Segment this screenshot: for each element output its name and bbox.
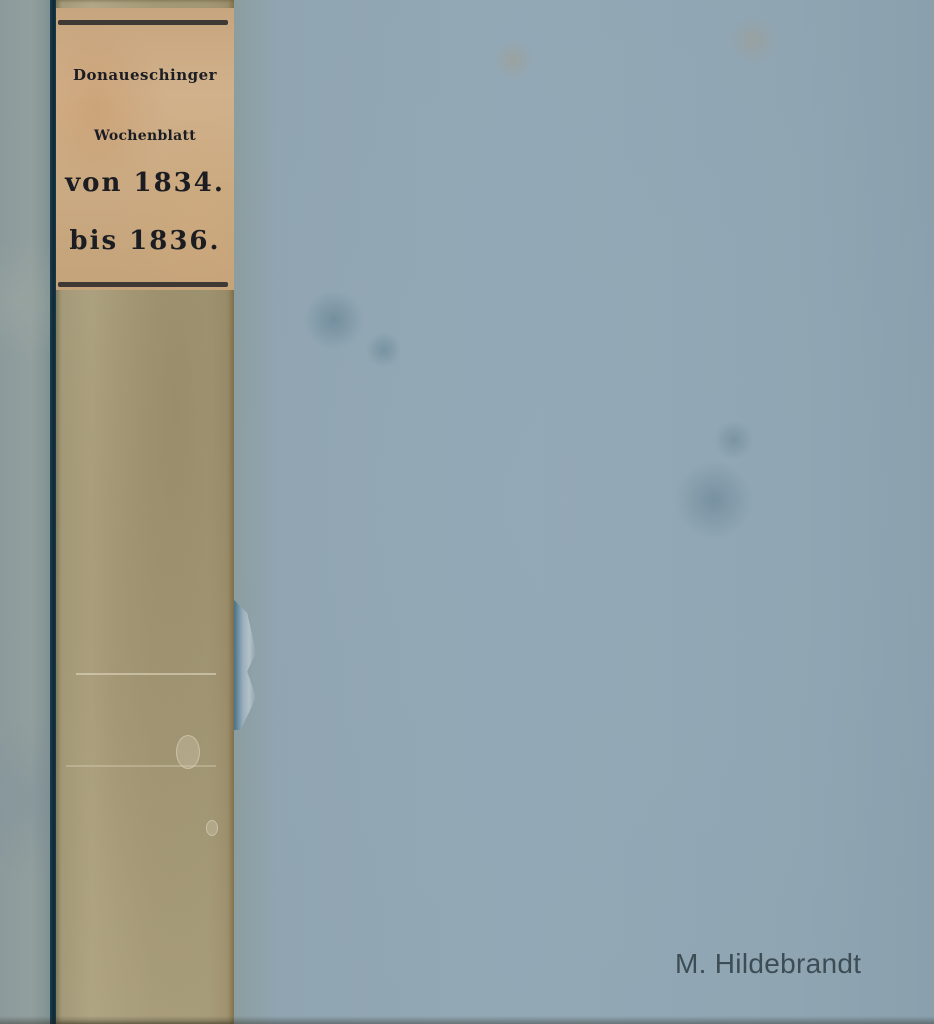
spine-crease xyxy=(76,673,216,675)
label-top-rule xyxy=(58,20,228,25)
bottom-edge-shadow xyxy=(0,1016,934,1024)
front-cover xyxy=(234,0,934,1024)
label-bottom-rule xyxy=(58,282,228,287)
spine-stain xyxy=(176,735,200,769)
spine-stain xyxy=(206,820,218,836)
back-cover-board xyxy=(0,0,52,1024)
photographer-watermark: M. Hildebrandt xyxy=(675,948,861,980)
spine-title-line-1: Donaueschinger xyxy=(56,66,234,84)
spine-label: Donaueschinger Wochenblatt von 1834. bis… xyxy=(56,8,234,290)
spine-title-line-2: Wochenblatt xyxy=(56,128,234,144)
spine-years-to: bis 1836. xyxy=(56,226,234,256)
spine-years-from: von 1834. xyxy=(56,168,234,198)
book-spine: Donaueschinger Wochenblatt von 1834. bis… xyxy=(56,0,234,1024)
